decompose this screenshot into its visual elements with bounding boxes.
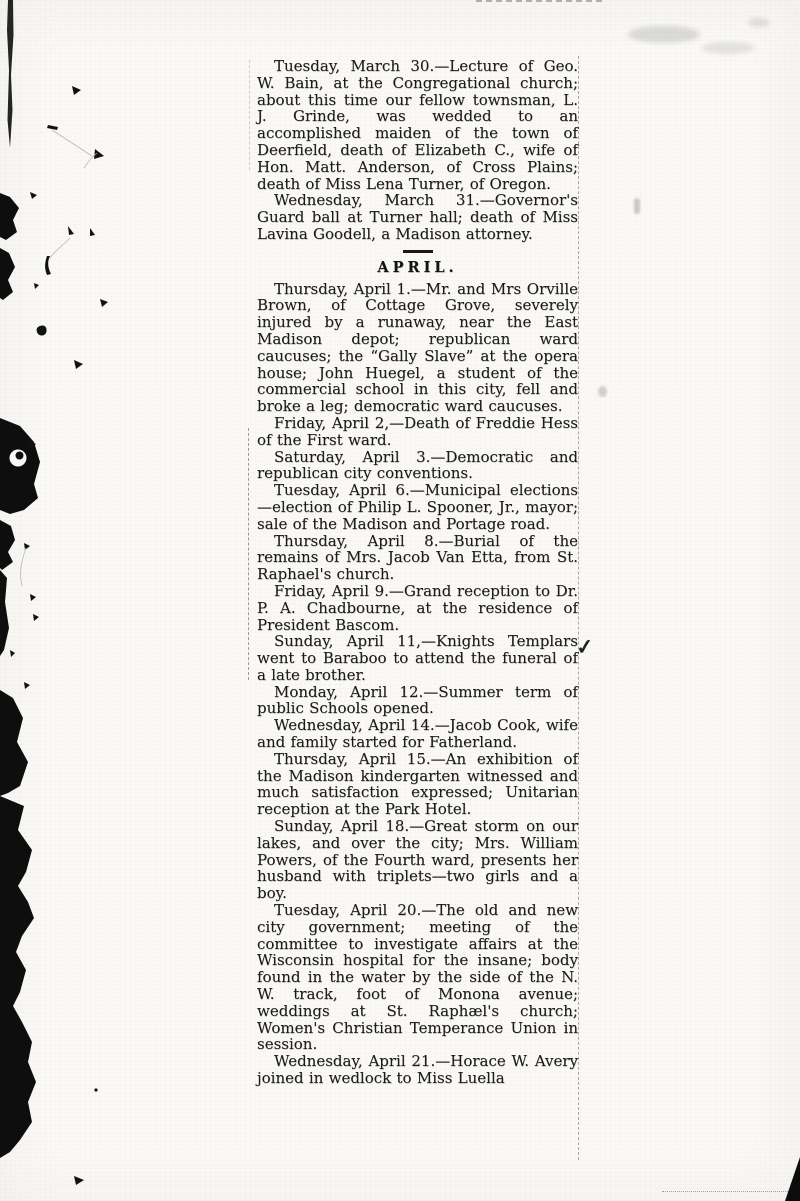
news-entry-april-21: Wednesday, April 21.—Horace W. Avery joi… <box>257 1053 578 1087</box>
news-entry-april-12: Monday, April 12.—Summer term of public … <box>257 684 578 718</box>
news-entry-march-30: Tuesday, March 30.—Lecture of Geo. W. Ba… <box>257 58 578 192</box>
ink-specks <box>10 86 108 1185</box>
news-entry-april-20: Tuesday, April 20.—The old and new city … <box>257 902 578 1053</box>
scan-edge-dashes <box>476 0 602 2</box>
scan-smudge <box>702 42 754 54</box>
torn-paper-edge <box>0 0 120 1201</box>
scan-bottom-edge <box>662 1191 794 1192</box>
news-entry-april-3: Saturday, April 3.—Democratic and republ… <box>257 449 578 483</box>
news-entry-april-15: Thursday, April 15.—An exhibition of the… <box>257 751 578 818</box>
news-entry-april-1: Thursday, April 1.—Mr. and Mrs Orville B… <box>257 281 578 415</box>
news-entry-april-9: Friday, April 9.—Grand reception to Dr. … <box>257 583 578 633</box>
column-rule-left-lower <box>248 428 249 680</box>
article-column: Tuesday, March 30.—Lecture of Geo. W. Ba… <box>257 58 578 1087</box>
column-rule-left-upper <box>249 60 250 170</box>
checkmark-annotation: ✓ <box>575 633 595 660</box>
news-entry-april-6: Tuesday, April 6.—Municipal elections—el… <box>257 482 578 532</box>
scan-smudge <box>598 386 607 397</box>
section-heading-april: APRIL. <box>257 243 578 281</box>
section-divider <box>403 250 433 253</box>
news-entry-april-8: Thursday, April 8.—Burial of the remains… <box>257 533 578 583</box>
scan-smudge <box>748 18 770 27</box>
news-entry-april-11: Sunday, April 11,—Knights Templars went … <box>257 633 578 683</box>
section-title: APRIL. <box>377 260 457 277</box>
scan-smudge <box>634 198 640 214</box>
news-entry-april-18: Sunday, April 18.—Great storm on our lak… <box>257 818 578 902</box>
news-entry-april-14: Wednesday, April 14.—Jacob Cook, wife an… <box>257 717 578 751</box>
news-entry-march-31: Wednesday, March 31.—Governor's Guard ba… <box>257 192 578 242</box>
scanned-newspaper-page: Tuesday, March 30.—Lecture of Geo. W. Ba… <box>0 0 800 1201</box>
column-rule-right <box>578 56 579 1160</box>
corner-shadow-wedge <box>785 1157 800 1201</box>
scan-smudge <box>628 26 700 43</box>
news-entry-april-2: Friday, April 2,—Death of Freddie Hess o… <box>257 415 578 449</box>
